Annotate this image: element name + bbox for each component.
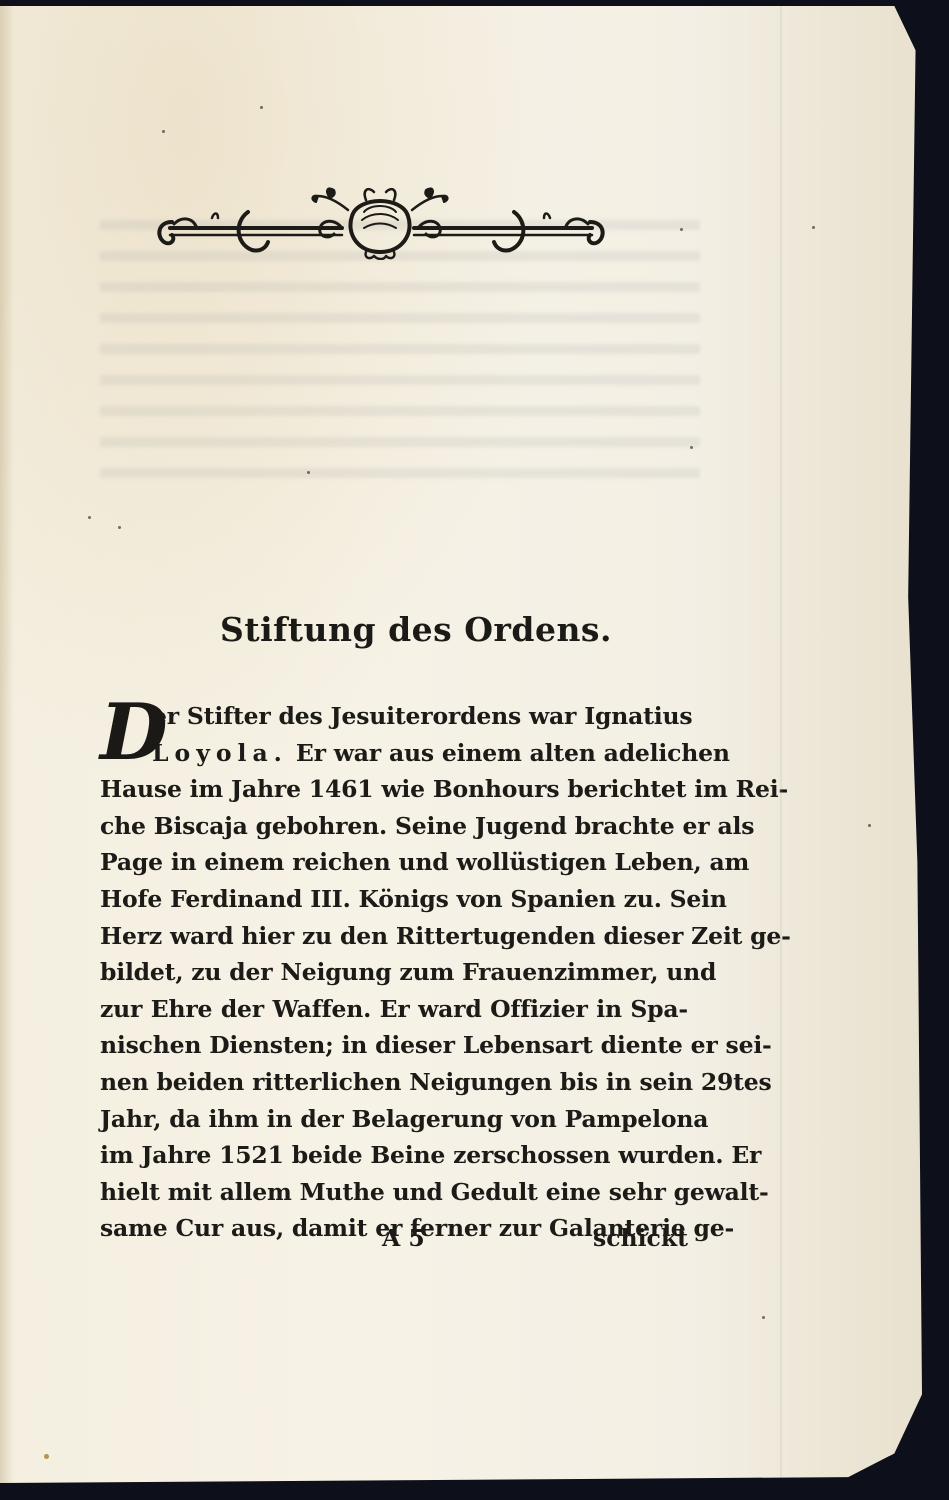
text-line: che Biscaja gebohren. Seine Jugend brach… (100, 808, 688, 845)
text-fragment: Er war aus einem alten adelichen (296, 739, 730, 767)
text-line: hielt mit allem Muthe und Gedult eine se… (100, 1174, 688, 1211)
text-line: Herz ward hier zu den Rittertugenden die… (100, 918, 688, 955)
name-loyola: Loyola. (152, 739, 288, 767)
paper-speck (260, 106, 263, 109)
paper-speck (868, 824, 871, 827)
text-line: Hofe Ferdinand III. Königs von Spanien z… (100, 881, 688, 918)
body-paragraph: D er Stifter des Jesuiterordens war Igna… (100, 698, 688, 1247)
drop-cap: D (100, 694, 168, 772)
text-line: zur Ehre der Waffen. Er ward Offizier in… (100, 991, 688, 1028)
text-line: nen beiden ritterlichen Neigungen bis in… (100, 1064, 688, 1101)
paper-speck (118, 526, 121, 529)
paper-speck (44, 1454, 49, 1459)
headpiece-ornament-icon (152, 182, 607, 260)
paper-speck (88, 516, 91, 519)
text-line: er Stifter des Jesuiterordens war Ignati… (100, 698, 688, 735)
text-line: Page in einem reichen und wollüstigen Le… (100, 844, 688, 881)
text-line: Jahr, da ihm in der Belagerung von Pampe… (100, 1101, 688, 1138)
signature-mark: A 5 (382, 1224, 425, 1252)
paper-speck (680, 228, 683, 231)
text-line: nischen Diensten; in dieser Lebensart di… (100, 1027, 688, 1064)
page-footer: A 5 schickt (100, 1224, 688, 1260)
paper-speck (162, 130, 165, 133)
paper-speck (812, 226, 815, 229)
text-line: bildet, zu der Neigung zum Frauenzimmer,… (100, 954, 688, 991)
text-line: im Jahre 1521 beide Beine zerschossen wu… (100, 1137, 688, 1174)
paper-speck (762, 1316, 765, 1319)
book-page: Stiftung des Ordens. D er Stifter des Je… (0, 6, 922, 1483)
text-line: Hause im Jahre 1461 wie Bonhours bericht… (100, 771, 688, 808)
catchword: schickt (593, 1224, 688, 1252)
paper-speck (690, 446, 693, 449)
chapter-title: Stiftung des Ordens. (220, 610, 680, 649)
text-line: Loyola. Er war aus einem alten adelichen (100, 735, 688, 772)
paper-speck (307, 471, 310, 474)
